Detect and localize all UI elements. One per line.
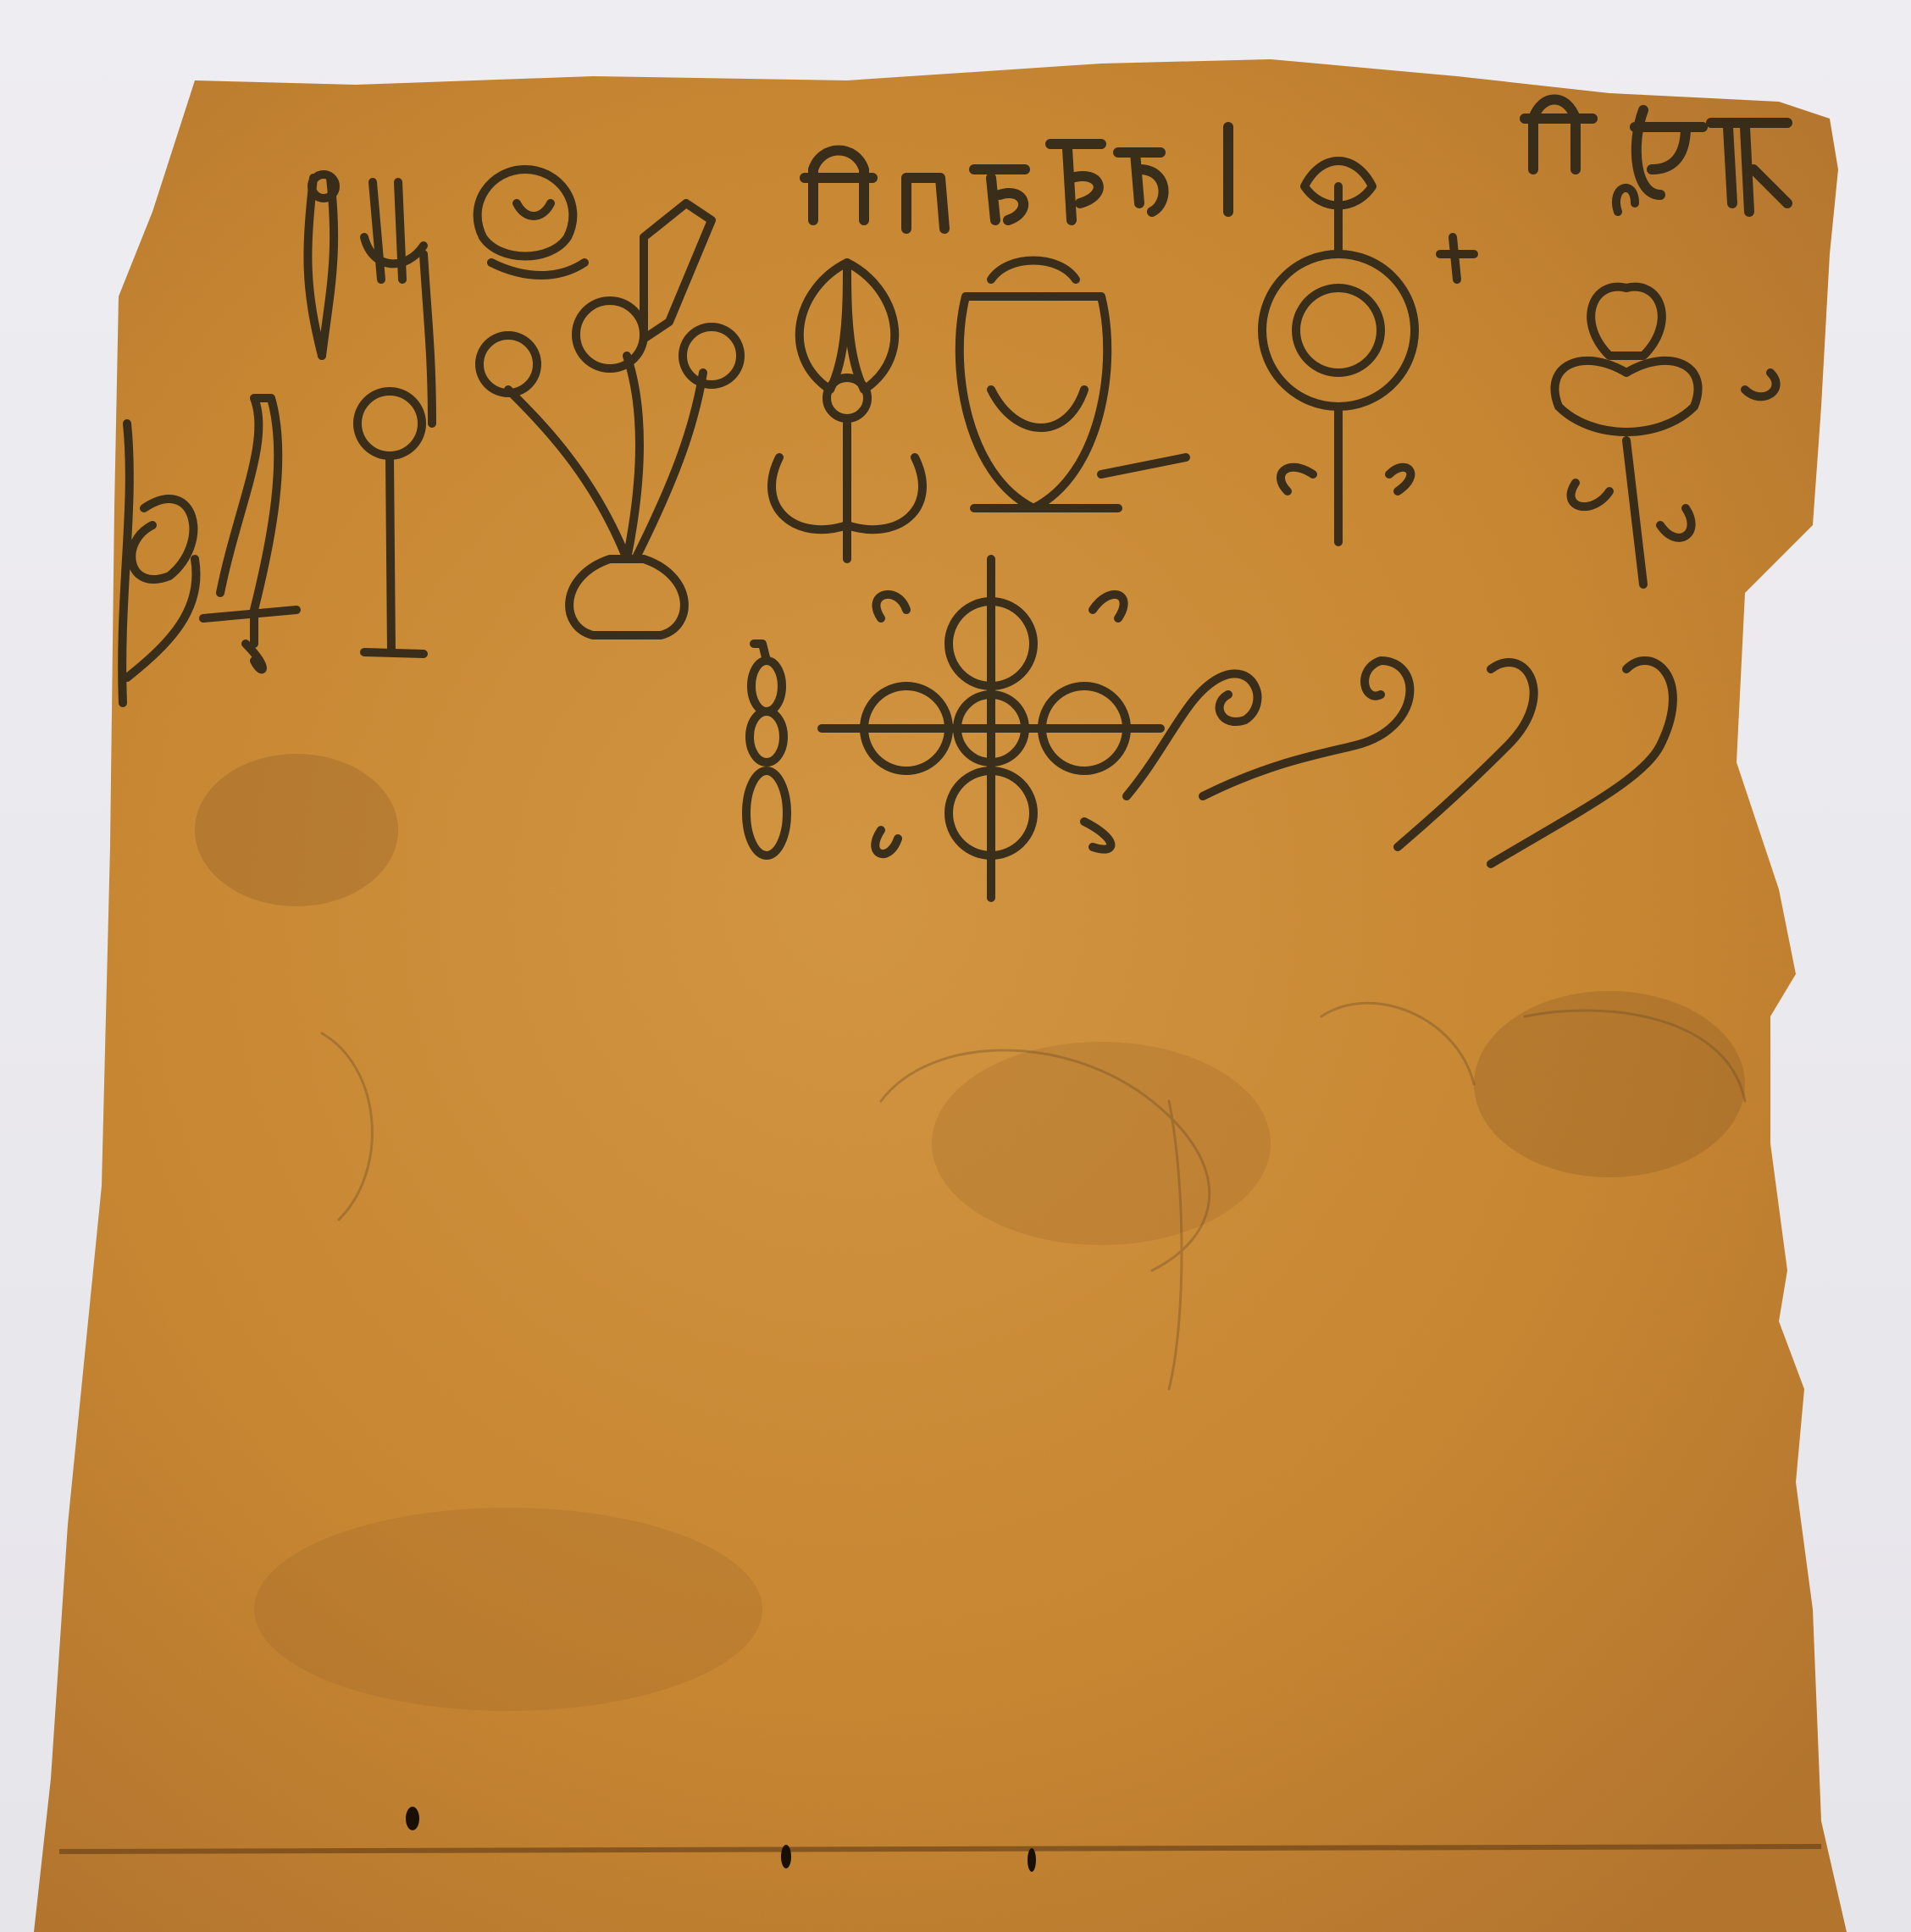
manuscript-page (0, 0, 1911, 1932)
manuscript-illustration (0, 0, 1911, 1932)
